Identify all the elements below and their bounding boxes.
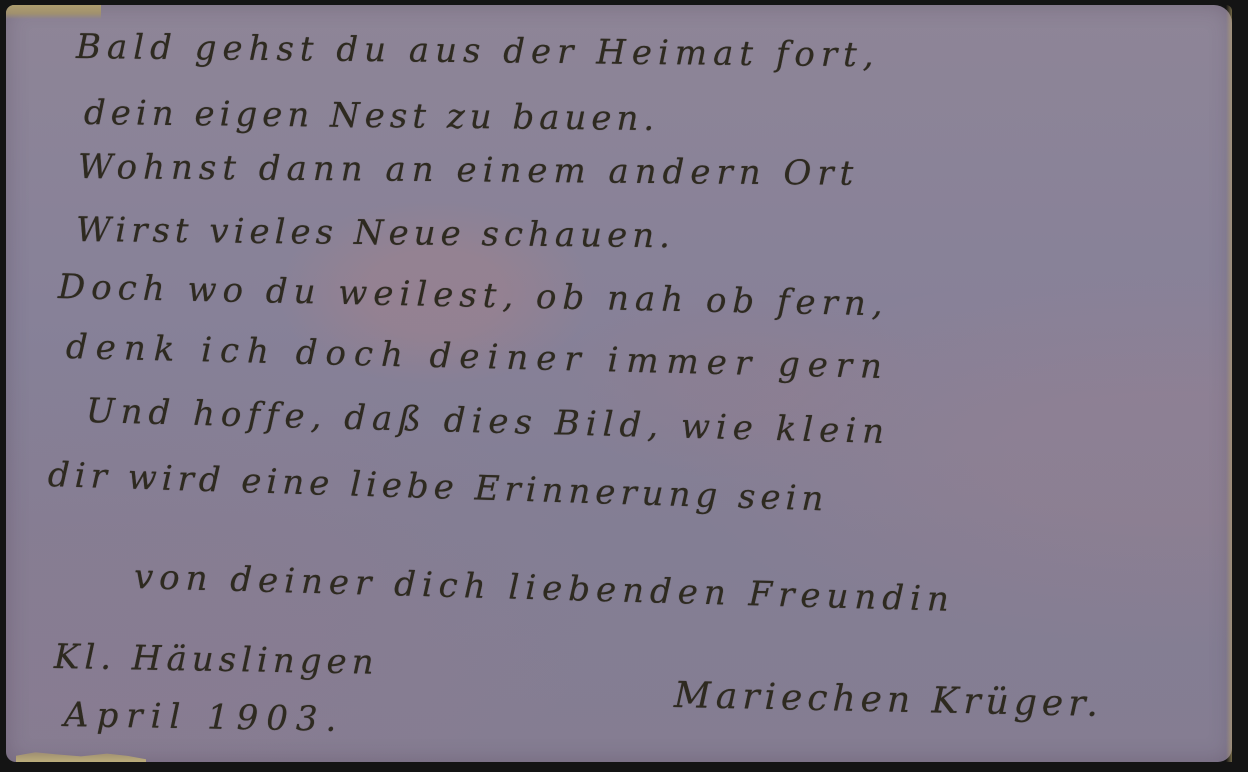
signature: Mariechen Krüger. [674, 675, 1104, 725]
handwritten-line-1: Bald gehst du aus der Heimat fort, [76, 27, 880, 75]
worn-edge-top [6, 5, 101, 19]
handwritten-line-7: Und hoffe, daß dies Bild, wie klein [85, 391, 890, 452]
handwritten-line-8: dir wird eine liebe Erinnerung sein [47, 455, 829, 520]
handwritten-line-4: Wirst vieles Neue schauen. [76, 210, 675, 256]
date: April 1903. [64, 695, 345, 740]
handwritten-line-9: von deiner dich liebenden Freundin [133, 557, 955, 620]
handwritten-line-2: dein eigen Nest zu bauen. [84, 93, 660, 139]
postcard: Bald gehst du aus der Heimat fort, dein … [6, 5, 1232, 762]
worn-edge-bottom [16, 748, 146, 762]
place-name: Kl. Häuslingen [54, 637, 379, 683]
handwritten-line-6: denk ich doch deiner immer gern [66, 327, 891, 387]
handwritten-line-3: Wohnst dann an einem andern Ort [78, 147, 860, 194]
worn-edge-right [1226, 5, 1232, 762]
handwritten-line-5: Doch wo du weilest, ob nah ob fern, [58, 267, 889, 324]
